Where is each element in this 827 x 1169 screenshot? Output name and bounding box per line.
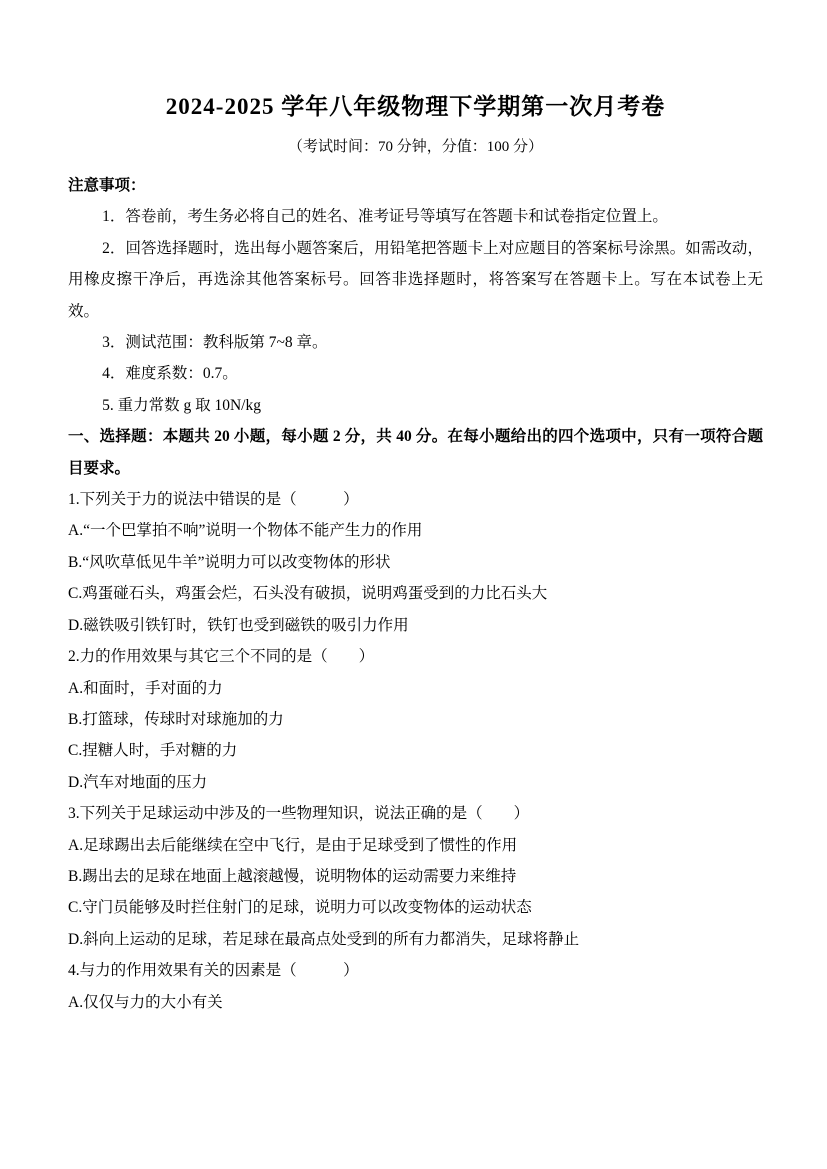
question-1-option-a: A.“一个巴掌拍不响”说明一个物体不能产生力的作用 [68,515,763,546]
question-2-option-b: B.打篮球，传球时对球施加的力 [68,704,763,735]
question-1-option-b: B.“风吹草低见牛羊”说明力可以改变物体的形状 [68,547,763,578]
question-3-option-c: C.守门员能够及时拦住射门的足球，说明力可以改变物体的运动状态 [68,892,763,923]
page-title: 2024-2025 学年八年级物理下学期第一次月考卷 [68,90,763,124]
section-heading: 一、选择题：本题共 20 小题，每小题 2 分，共 40 分。在每小题给出的四个… [68,421,763,484]
exam-subtitle: （考试时间：70 分钟，分值：100 分） [68,134,763,160]
question-4-stem: 4.与力的作用效果有关的因素是（ ） [68,955,763,986]
notice-item-2: 2．回答选择题时，选出每小题答案后，用铅笔把答题卡上对应题目的答案标号涂黑。如需… [68,233,763,327]
question-3-stem: 3.下列关于足球运动中涉及的一些物理知识，说法正确的是（ ） [68,798,763,829]
question-3-option-a: A.足球踢出去后能继续在空中飞行，是由于足球受到了惯性的作用 [68,830,763,861]
notice-item-4: 4．难度系数：0.7。 [68,358,763,389]
exam-body: 注意事项： 1．答卷前，考生务必将自己的姓名、准考证号等填写在答题卡和试卷指定位… [68,170,763,1018]
notice-heading: 注意事项： [68,170,763,201]
question-2-option-d: D.汽车对地面的压力 [68,767,763,798]
notice-item-3: 3．测试范围：教科版第 7~8 章。 [68,327,763,358]
question-1-option-d: D.磁铁吸引铁钉时，铁钉也受到磁铁的吸引力作用 [68,610,763,641]
exam-page: 2024-2025 学年八年级物理下学期第一次月考卷 （考试时间：70 分钟，分… [0,0,827,1169]
question-4-option-a: A.仅仅与力的大小有关 [68,987,763,1018]
question-1-stem: 1.下列关于力的说法中错误的是（ ） [68,484,763,515]
question-2-stem: 2.力的作用效果与其它三个不同的是（ ） [68,641,763,672]
notice-item-5: 5. 重力常数 g 取 10N/kg [68,390,763,421]
question-3-option-d: D.斜向上运动的足球，若足球在最高点处受到的所有力都消失，足球将静止 [68,924,763,955]
question-2-option-a: A.和面时，手对面的力 [68,673,763,704]
question-3-option-b: B.踢出去的足球在地面上越滚越慢，说明物体的运动需要力来维持 [68,861,763,892]
question-1-option-c: C.鸡蛋碰石头，鸡蛋会烂，石头没有破损，说明鸡蛋受到的力比石头大 [68,578,763,609]
question-2-option-c: C.捏糖人时，手对糖的力 [68,735,763,766]
notice-item-1: 1．答卷前，考生务必将自己的姓名、准考证号等填写在答题卡和试卷指定位置上。 [68,201,763,232]
